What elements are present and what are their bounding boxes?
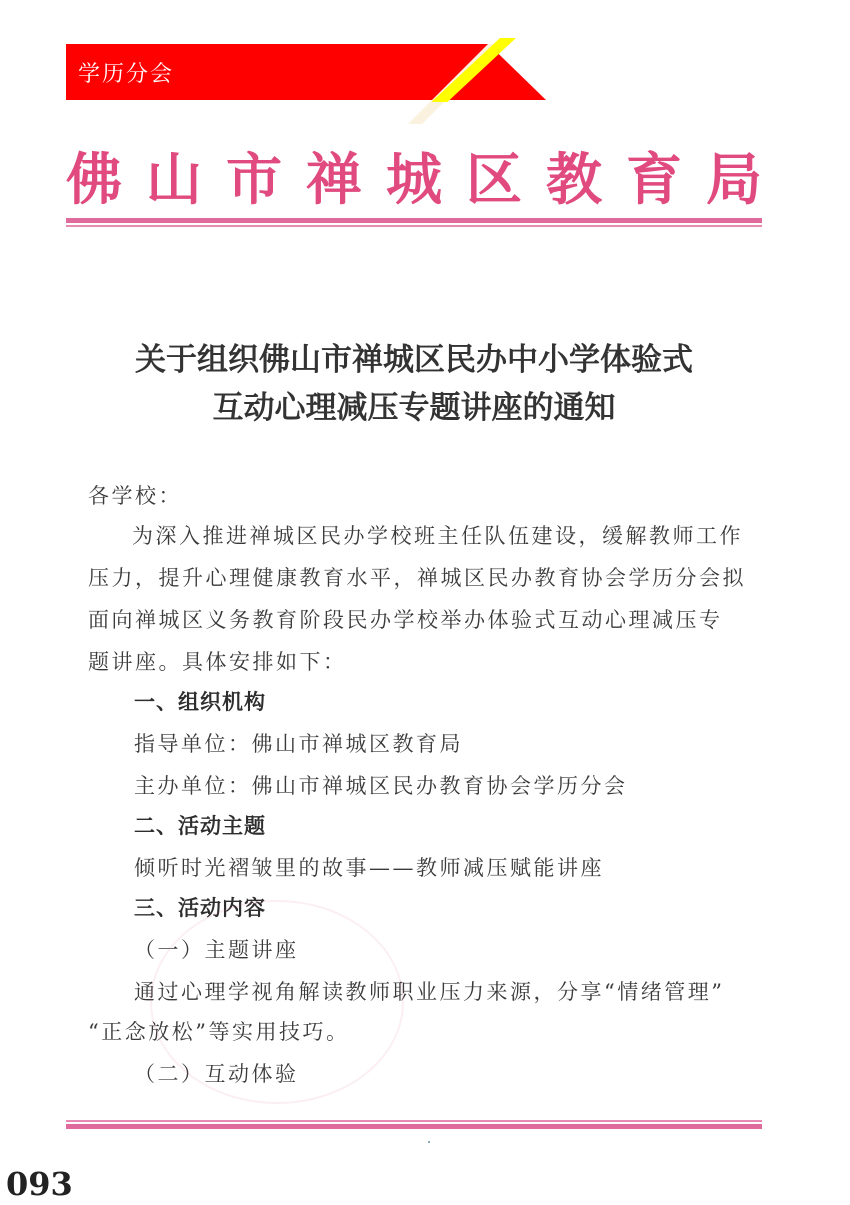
scan-speck: [428, 1141, 430, 1143]
notice-title-line1: 关于组织佛山市禅城区民办中小学体验式: [66, 334, 762, 379]
letterhead-char: 城: [386, 148, 442, 212]
faint-seal-stamp: [150, 900, 404, 1104]
letterhead-char: 市: [226, 148, 282, 212]
intro-line: 为深入推进禅城区民办学校班主任队伍建设，缓解教师工作: [132, 520, 743, 550]
letterhead-char: 育: [626, 148, 682, 212]
activity-theme: 倾听时光褶皱里的故事——教师减压赋能讲座: [134, 852, 604, 882]
intro-line: 压力，提升心理健康教育水平，禅城区民办教育协会学历分会拟: [88, 562, 746, 592]
letterhead-char: 局: [706, 148, 762, 212]
intro-line: 题讲座。具体安排如下：: [88, 646, 347, 676]
host-unit: 主办单位：佛山市禅城区民办教育协会学历分会: [134, 770, 628, 800]
letterhead-divider: [66, 218, 762, 227]
letterhead-char: 教: [546, 148, 602, 212]
banner-label: 学历分会: [78, 57, 174, 88]
letterhead-char: 区: [466, 148, 522, 212]
notice-title-line2: 互动心理减压专题讲座的通知: [66, 382, 762, 427]
section-heading-organization: 一、组织机构: [134, 686, 266, 716]
guide-unit: 指导单位：佛山市禅城区教育局: [134, 728, 463, 758]
section-heading-theme: 二、活动主题: [134, 810, 266, 840]
letterhead-char: 禅: [306, 148, 362, 212]
letterhead-title: 佛 山 市 禅 城 区 教 育 局: [66, 148, 762, 212]
page-number: 093: [6, 1165, 73, 1203]
intro-line: 面向禅城区义务教育阶段民办学校举办体验式互动心理减压专: [88, 604, 723, 634]
letterhead-char: 山: [146, 148, 202, 212]
letterhead-char: 佛: [66, 148, 122, 212]
salutation: 各学校：: [88, 480, 182, 510]
footer-divider: [66, 1120, 762, 1129]
